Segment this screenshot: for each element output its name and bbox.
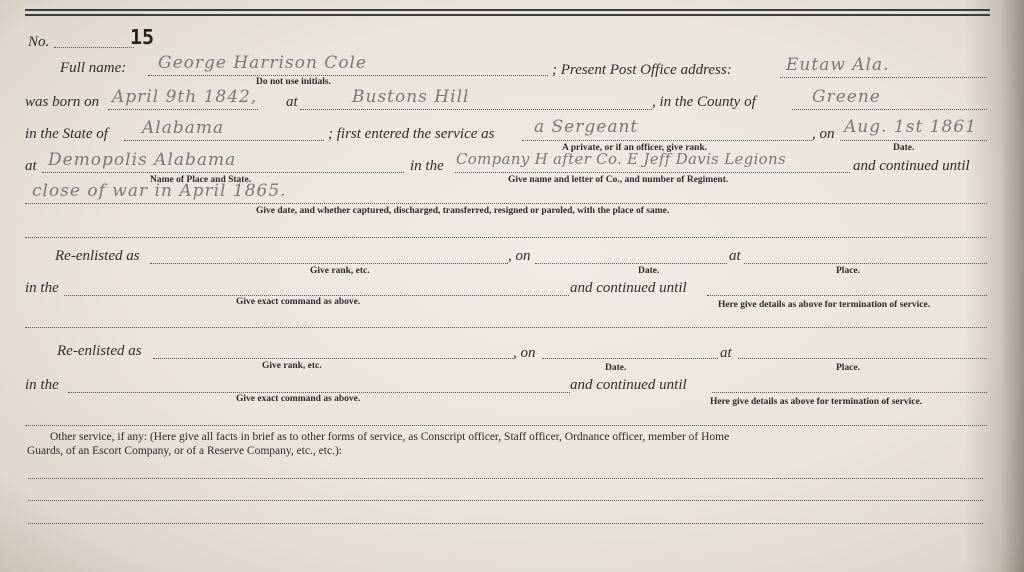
born-on-label: was born on <box>25 94 99 111</box>
reenlist-command-hint: Give exact command as above. <box>236 297 360 307</box>
top-rule <box>25 9 990 11</box>
state-value: Alabama <box>142 118 224 138</box>
company-hint: Give name and letter of Co., and number … <box>508 175 728 185</box>
reenlist-in-the-label: in the <box>25 377 59 394</box>
entered-rank-value: a Sergeant <box>534 117 638 137</box>
reenlist-on-label: , on <box>508 248 531 265</box>
form-paper <box>0 0 1024 572</box>
entered-date-hint: Date. <box>893 143 914 153</box>
record-number: 15 <box>130 25 154 49</box>
post-office-value: Eutaw Ala. <box>786 55 890 75</box>
other-service-line-3 <box>28 523 983 524</box>
company-value: Company H after Co. E Jeff Davis Legions <box>456 150 786 168</box>
reenlist-date-hint: Date. <box>638 266 659 276</box>
born-place-line <box>300 109 652 110</box>
entered-date-value: Aug. 1st 1861 <box>844 117 977 137</box>
reenlist-on-label: , on <box>513 345 536 362</box>
reenlist-termination-hint: Here give details as above for terminati… <box>718 300 930 310</box>
other-service-instructions-line2: Guards, of an Escort Company, or of a Re… <box>27 445 342 457</box>
enlist-place-label: at <box>25 158 37 175</box>
post-office-line <box>780 77 987 78</box>
reenlist-date-line <box>535 263 727 264</box>
reenlist-rank-hint: Give rank, etc. <box>262 361 322 371</box>
other-service-line-1 <box>28 478 983 479</box>
reenlist-command-line <box>68 392 570 393</box>
county-value: Greene <box>812 87 881 107</box>
reenlist-termination-line <box>707 295 987 296</box>
company-in-the-label: in the <box>410 158 444 175</box>
entered-rank-line <box>522 140 812 141</box>
post-office-label: ; Present Post Office address: <box>552 62 732 79</box>
entered-service-label: ; first entered the service as <box>328 126 494 143</box>
state-label: in the State of <box>25 126 108 143</box>
county-label: , in the County of <box>652 94 756 111</box>
reenlist-at-label: at <box>729 248 741 265</box>
other-service-instructions-line1: Other service, if any: (Here give all fa… <box>50 431 729 443</box>
reenlist-termination-line <box>712 392 987 393</box>
reenlisted-as-label: Re-enlisted as <box>57 343 142 360</box>
reenlist-place-hint: Place. <box>836 363 860 373</box>
full-name-hint: Do not use initials. <box>256 77 331 87</box>
county-line <box>792 109 987 110</box>
reenlist-command-line <box>64 295 569 296</box>
continued-until-label: and continued until <box>853 158 970 175</box>
born-date-value: April 9th 1842, <box>112 87 257 107</box>
reenlist-place-line <box>744 263 987 264</box>
full-name-label: Full name: <box>60 60 126 77</box>
reenlist-at-label: at <box>720 345 732 362</box>
reenlist-date-hint: Date. <box>605 363 626 373</box>
termination-line-2 <box>25 237 987 238</box>
reenlist-rank-line <box>150 263 508 264</box>
born-place-value: Bustons Hill <box>352 87 469 107</box>
no-field-line <box>54 47 134 48</box>
reenlist-continued-label: and continued until <box>570 377 687 394</box>
reenlist-rank-hint: Give rank, etc. <box>310 266 370 276</box>
state-line <box>124 140 324 141</box>
termination-value: close of war in April 1865. <box>32 181 287 201</box>
company-line <box>455 172 850 173</box>
reenlist-extra-line <box>25 425 987 426</box>
entered-date-line <box>840 140 987 141</box>
reenlist-in-the-label: in the <box>25 280 59 297</box>
no-label: No. <box>28 34 49 51</box>
reenlist-place-hint: Place. <box>836 266 860 276</box>
reenlist-continued-label: and continued until <box>570 280 687 297</box>
entered-on-label: , on <box>812 126 835 143</box>
page-edge-shadow <box>964 0 1024 572</box>
termination-line <box>25 203 987 204</box>
reenlisted-as-label: Re-enlisted as <box>55 248 140 265</box>
full-name-value: George Harrison Cole <box>158 53 367 73</box>
full-name-line <box>148 75 548 76</box>
reenlist-extra-line <box>25 327 987 328</box>
other-service-line-2 <box>28 500 983 501</box>
reenlist-date-line <box>542 358 718 359</box>
enlist-place-value: Demopolis Alabama <box>48 150 236 170</box>
reenlist-command-hint: Give exact command as above. <box>236 394 360 404</box>
enlist-place-line <box>42 172 404 173</box>
reenlist-termination-hint: Here give details as above for terminati… <box>710 397 922 407</box>
top-rule <box>25 14 990 16</box>
born-at-label: at <box>286 94 298 111</box>
born-date-line <box>108 109 258 110</box>
reenlist-rank-line <box>153 358 513 359</box>
reenlist-place-line <box>738 358 987 359</box>
termination-hint: Give date, and whether captured, dischar… <box>256 206 669 216</box>
